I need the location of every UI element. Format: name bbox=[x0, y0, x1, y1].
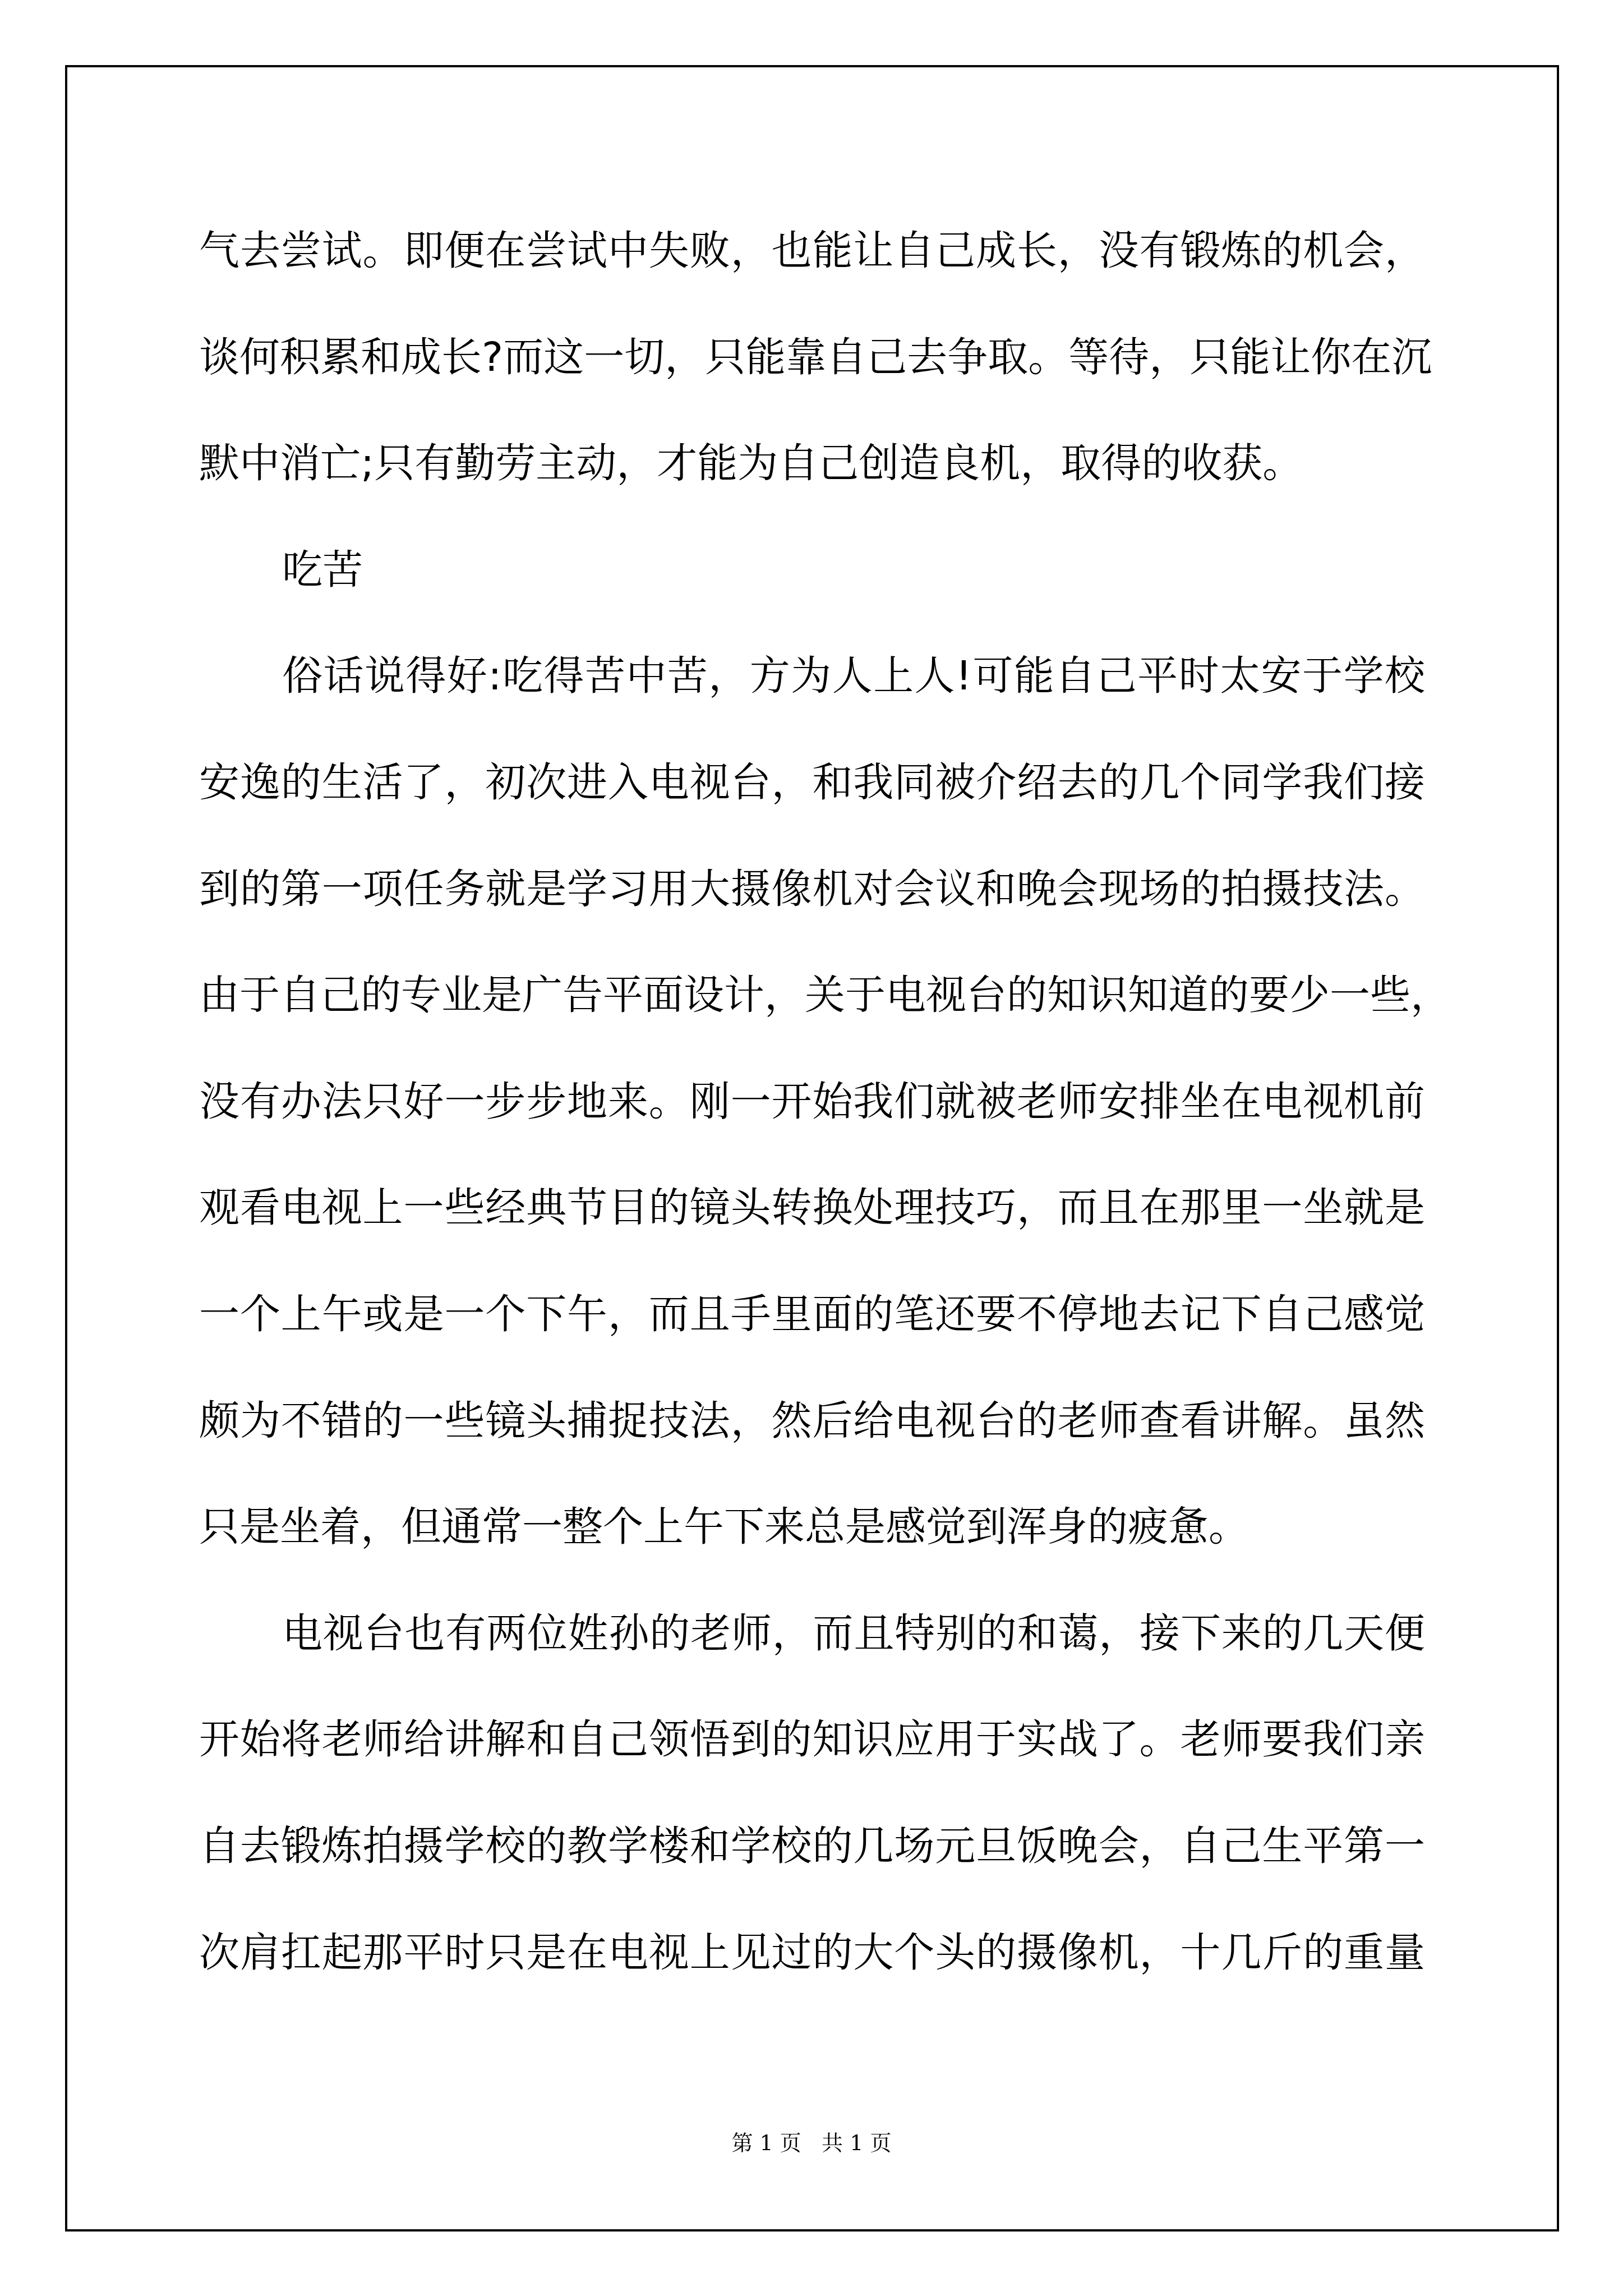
paragraph-line: 开始将老师给讲解和自己领悟到的知识应用于实战了。老师要我们亲 bbox=[199, 1705, 1425, 1812]
paragraph-line: 电视台也有两位姓孙的老师，而且特别的和蔼，接下来的几天便 bbox=[199, 1599, 1425, 1706]
document-body: 气去尝试。即便在尝试中失败，也能让自己成长，没有锻炼的机会， 谈何积累和成长?而… bbox=[199, 217, 1425, 2024]
paragraph-line: 只是坐着，但通常一整个上午下来总是感觉到浑身的疲惫。 bbox=[199, 1493, 1425, 1599]
paragraph-line: 颇为不错的一些镜头捕捉技法，然后给电视台的老师查看讲解。虽然 bbox=[199, 1387, 1425, 1493]
paragraph-line: 观看电视上一些经典节目的镜头转换处理技巧，而且在那里一坐就是 bbox=[199, 1174, 1425, 1280]
paragraph-line: 到的第一项任务就是学习用大摄像机对会议和晚会现场的拍摄技法。 bbox=[199, 855, 1425, 961]
paragraph-line: 没有办法只好一步步地来。刚一开始我们就被老师安排坐在电视机前 bbox=[199, 1068, 1425, 1174]
paragraph-line: 自去锻炼拍摄学校的教学楼和学校的几场元旦饭晚会，自己生平第一 bbox=[199, 1812, 1425, 1918]
paragraph-line: 次肩扛起那平时只是在电视上见过的大个头的摄像机，十几斤的重量 bbox=[199, 1918, 1425, 2025]
paragraph-line: 气去尝试。即便在尝试中失败，也能让自己成长，没有锻炼的机会， bbox=[199, 217, 1425, 323]
paragraph-line: 谈何积累和成长?而这一切，只能靠自己去争取。等待，只能让你在沉 bbox=[199, 323, 1425, 430]
paragraph-line: 俗话说得好:吃得苦中苦，方为人上人!可能自己平时太安于学校 bbox=[199, 642, 1425, 748]
paragraph-line: 由于自己的专业是广告平面设计，关于电视台的知识知道的要少一些， bbox=[199, 961, 1425, 1068]
page-footer: 第 1 页 共 1 页 bbox=[0, 2129, 1623, 2157]
paragraph-line: 默中消亡;只有勤劳主动，才能为自己创造良机，取得的收获。 bbox=[199, 429, 1425, 536]
paragraph-line: 安逸的生活了，初次进入电视台，和我同被介绍去的几个同学我们接 bbox=[199, 748, 1425, 855]
paragraph-line: 一个上午或是一个下午，而且手里面的笔还要不停地去记下自己感觉 bbox=[199, 1280, 1425, 1387]
section-heading: 吃苦 bbox=[199, 536, 1425, 642]
